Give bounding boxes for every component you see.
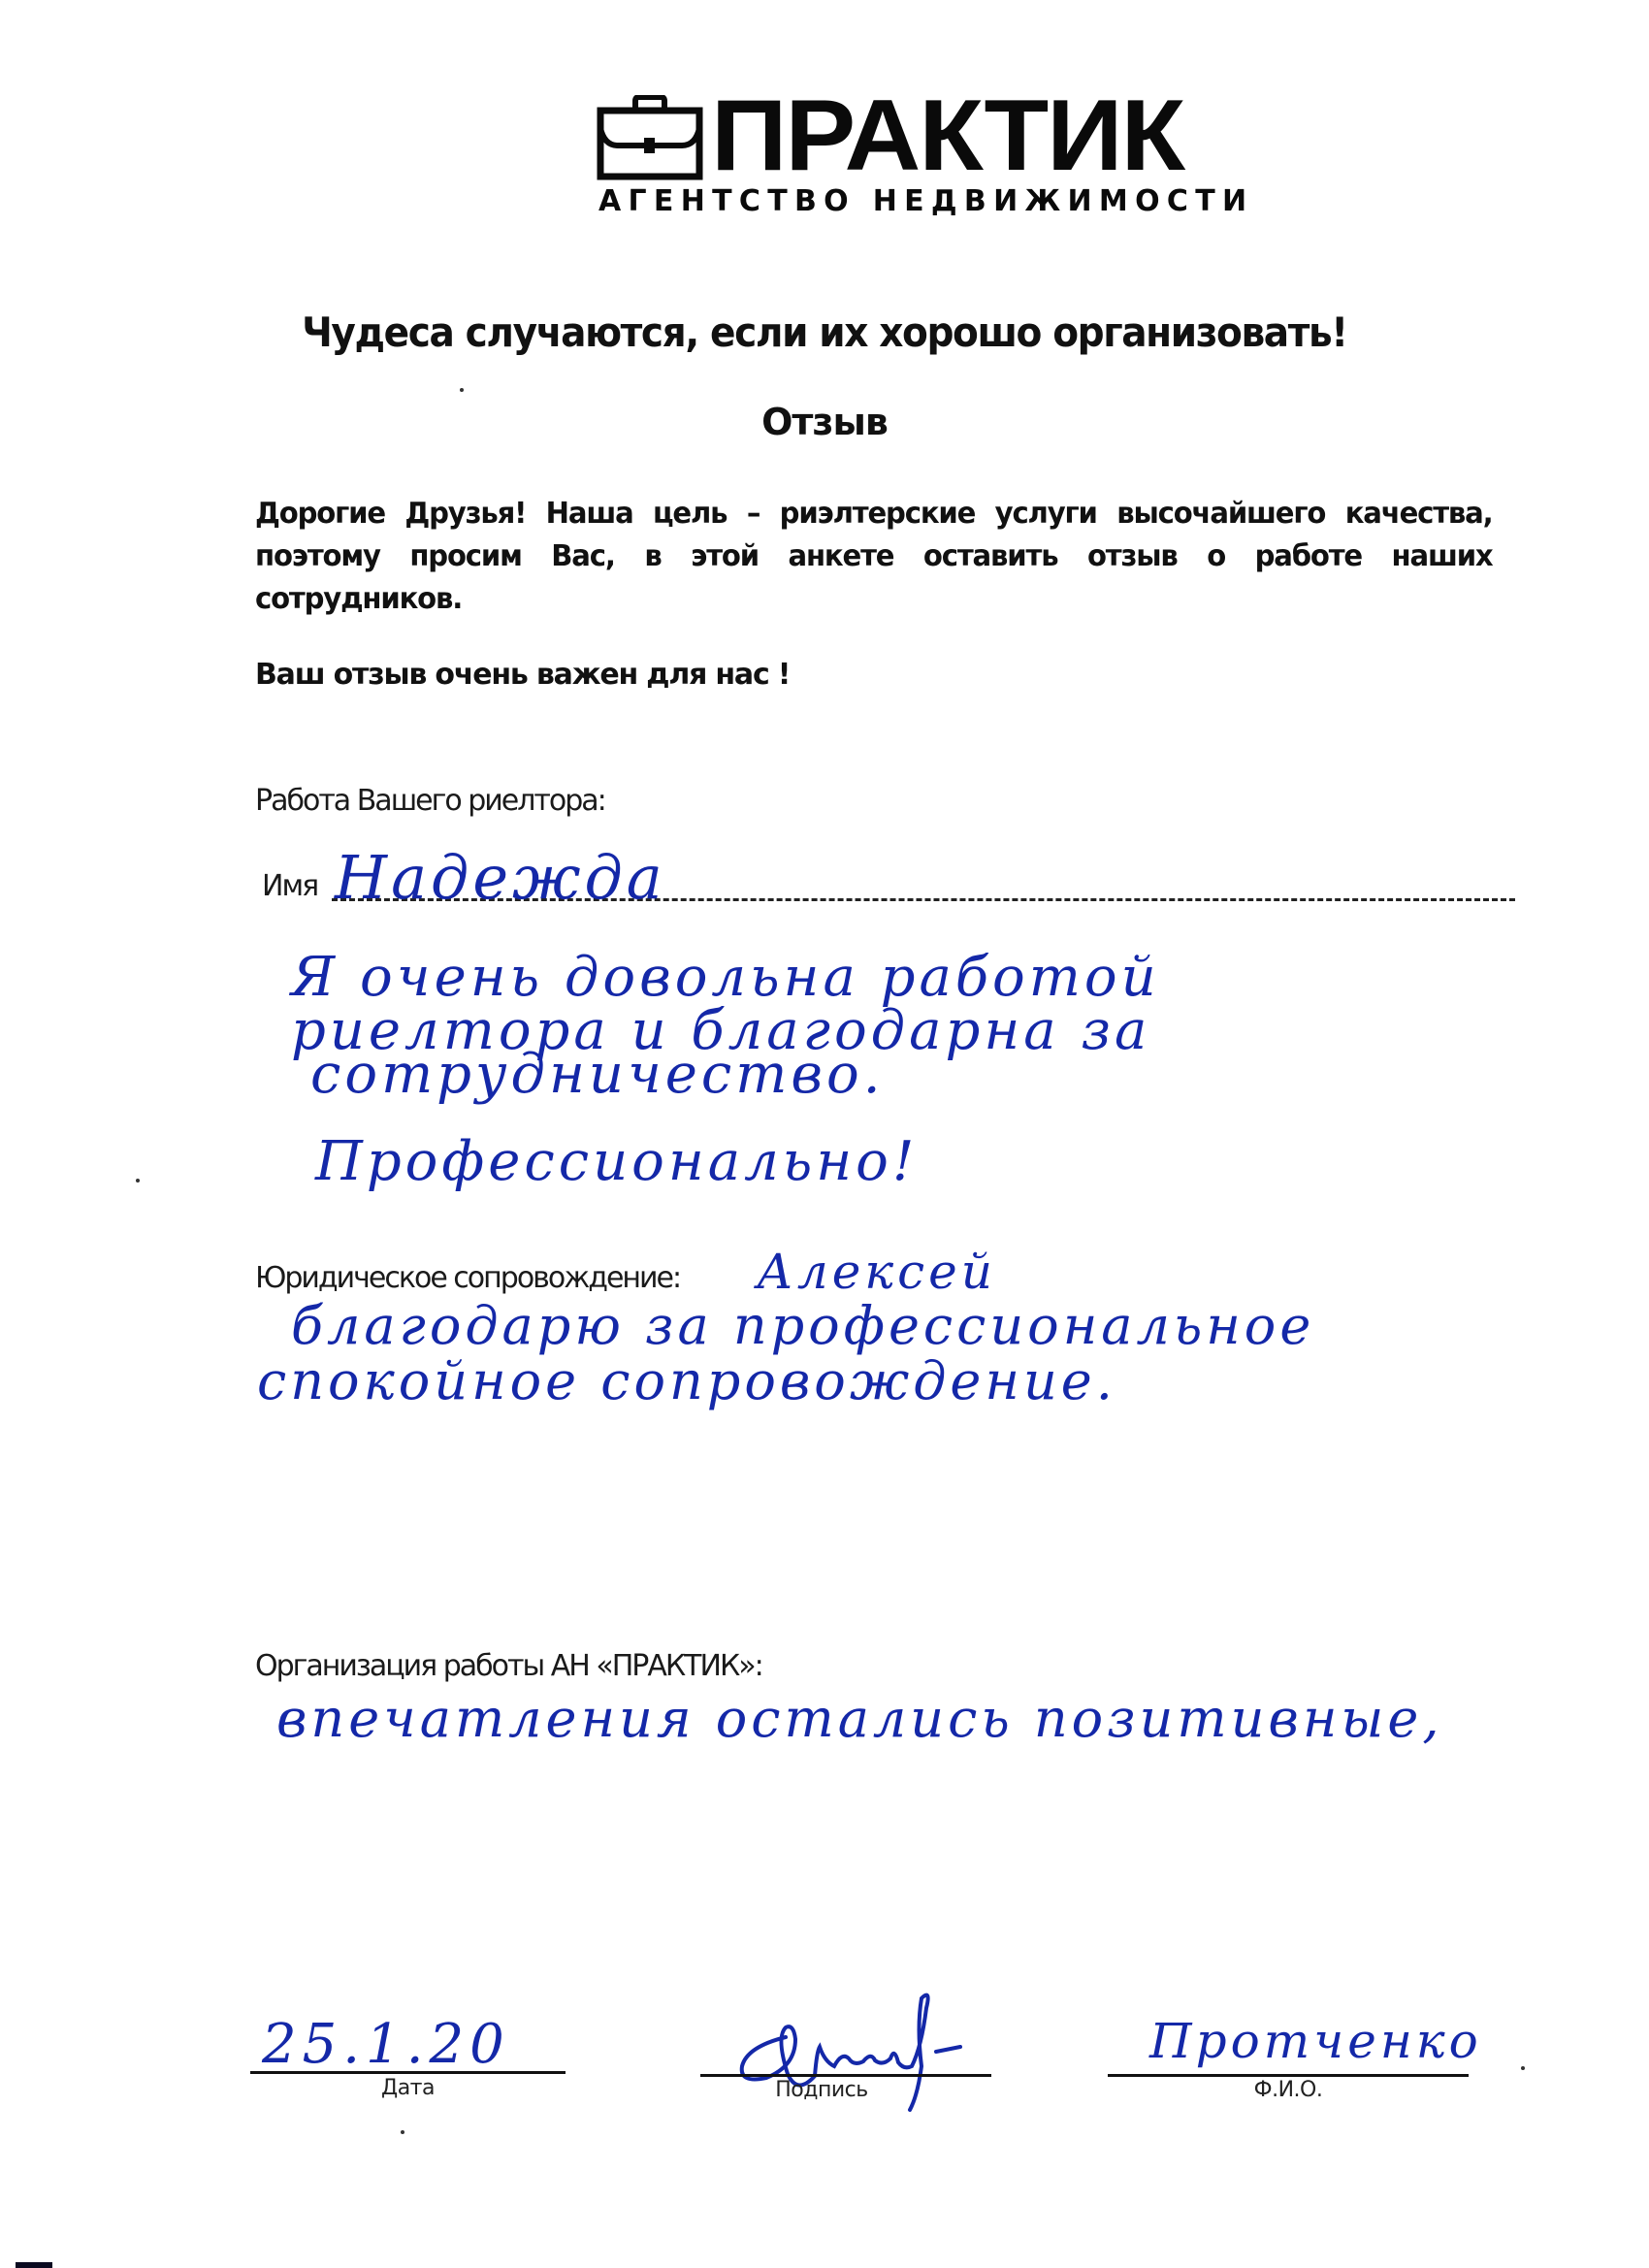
intro-paragraph: Дорогие Друзья! Наша цель – риэлтерские … bbox=[255, 493, 1493, 621]
realtor-review-line: Профессионально! bbox=[315, 1130, 918, 1193]
legal-section-label: Юридическое сопровождение: bbox=[255, 1261, 680, 1295]
fio-line bbox=[1108, 2074, 1469, 2077]
lawyer-name-handwritten: Алексей bbox=[757, 1244, 996, 1300]
intro-emphasis: Ваш отзыв очень важен для нас ! bbox=[255, 658, 790, 692]
scan-speck bbox=[1521, 2066, 1525, 2070]
legal-review-line: спокойное сопровождение. bbox=[257, 1350, 1116, 1411]
scan-speck bbox=[401, 2130, 404, 2134]
scan-speck bbox=[136, 1179, 140, 1183]
fio-caption: Ф.И.О. bbox=[1108, 2078, 1469, 2102]
name-label: Имя bbox=[262, 869, 317, 903]
date-handwritten: 25.1.20 bbox=[262, 2013, 510, 2076]
scan-edge-mark bbox=[16, 2262, 52, 2268]
organization-section-label: Организация работы АН «ПРАКТИК»: bbox=[255, 1649, 762, 1683]
realtor-name-handwritten: Надежда bbox=[335, 842, 666, 913]
legal-review-line: благодарю за профессиональное bbox=[291, 1295, 1314, 1356]
brand-subtitle: АГЕНТСТВО НЕДВИЖИМОСТИ bbox=[598, 184, 1253, 218]
fio-handwritten: Протченко bbox=[1149, 2013, 1482, 2069]
agency-logo: ПРАКТИК АГЕНТСТВО НЕДВИЖИМОСТИ bbox=[597, 95, 1198, 221]
date-caption: Дата bbox=[250, 2076, 566, 2100]
brand-name: ПРАКТИК bbox=[711, 85, 1183, 186]
briefcase-icon bbox=[597, 95, 705, 180]
realtor-review-line: сотрудничество. bbox=[310, 1043, 885, 1106]
signature-line bbox=[700, 2074, 991, 2077]
realtor-section-label: Работа Вашего риелтора: bbox=[255, 784, 605, 818]
signature-caption: Подпись bbox=[700, 2078, 943, 2102]
scan-speck bbox=[460, 388, 464, 392]
slogan: Чудеса случаются, если их хорошо организ… bbox=[58, 308, 1592, 356]
page-title: Отзыв bbox=[0, 401, 1649, 443]
date-line bbox=[250, 2071, 566, 2074]
organization-review-line: впечатления остались позитивные, bbox=[276, 1688, 1443, 1749]
